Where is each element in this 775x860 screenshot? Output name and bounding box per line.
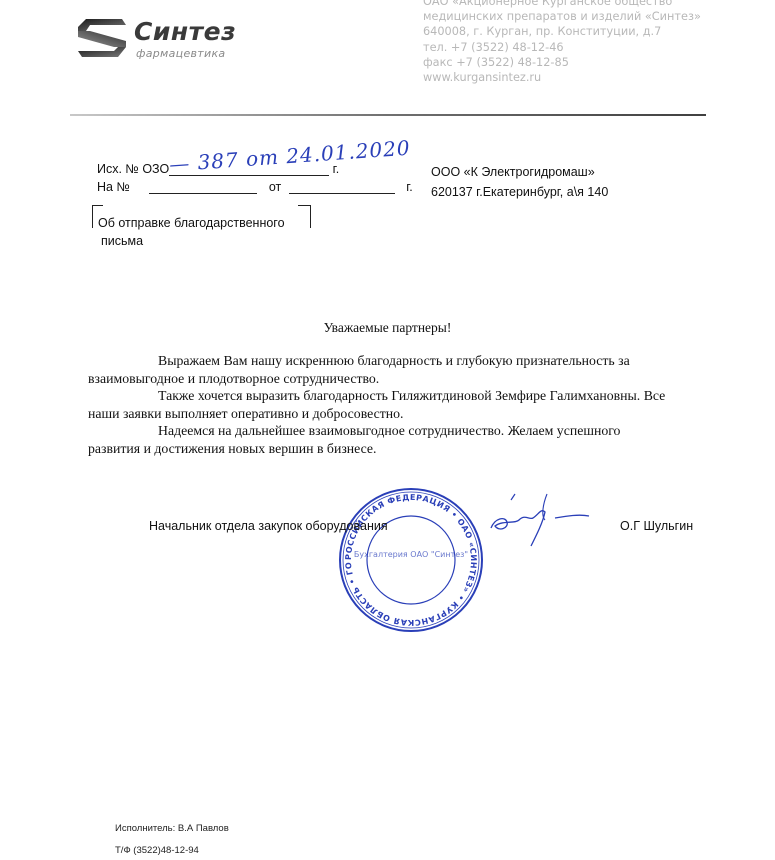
synthesis-s-logo-icon [76,17,128,61]
official-stamp-icon: РОССИЙСКАЯ ФЕДЕРАЦИЯ • ОАО «СИНТЕЗ» • КУ… [338,487,484,633]
signatory-name: О.Г Шульгин [620,519,693,533]
logo-subtitle: фармацевтика [136,47,225,60]
subject-line: Об отправке благодарственного [98,214,285,232]
letterhead-divider [70,114,706,116]
footer-block: Исполнитель: В.А Павлов Т/Ф (3522)48-12-… [115,818,229,860]
recipient-address: 620137 г.Екатеринбург, а\я 140 [431,182,608,202]
company-logo: Синтез фармацевтика [76,17,256,67]
recipient-organization: ООО «К Электрогидромаш» [431,162,608,182]
incoming-number-line: На № от г. [97,180,413,194]
letter-body: Выражаем Вам нашу искреннюю благодарност… [88,352,718,458]
subject-block: Об отправке благодарственного письма [92,205,320,255]
paragraph-first-line: Также хочется выразить благодарность Гил… [88,387,718,405]
company-website: www.kurgansintez.ru [423,70,743,85]
incoming-date-blank [289,180,395,194]
subject-bracket-right [298,205,311,228]
paragraph-continuation: развития и достижения новых вершин в биз… [88,440,718,458]
outgoing-number-label: Исх. № ОЗО [97,162,169,176]
subject-line: письма [98,232,285,250]
incoming-number-label: На № [97,180,130,194]
company-info-line: медицинских препаратов и изделий «Синтез… [423,9,743,24]
handwritten-signature-icon [485,490,605,550]
company-info: ОАО «Акционерное Курганское общество мед… [423,0,743,85]
company-address: 640008, г. Курган, пр. Конституции, д.7 [423,24,743,39]
paragraph-continuation: наши заявки выполняет оперативно и добро… [88,405,718,423]
incoming-year-suffix: г. [406,180,413,194]
incoming-date-label: от [269,180,281,194]
recipient-block: ООО «К Электрогидромаш» 620137 г.Екатери… [431,162,608,202]
executor-phone: Т/Ф (3522)48-12-94 [115,840,229,860]
incoming-number-blank [149,180,257,194]
logo-name: Синтез [134,17,236,46]
company-fax: факс +7 (3522) 48-12-85 [423,55,743,70]
paragraph-first-line: Выражаем Вам нашу искреннюю благодарност… [88,352,718,370]
company-phone: тел. +7 (3522) 48-12-46 [423,40,743,55]
executor: Исполнитель: В.А Павлов [115,818,229,840]
signatory-position: Начальник отдела закупок оборудования [149,519,388,533]
stamp-inner-text: Бухгалтерия ОАО "Синтез" [354,550,468,559]
company-info-line: ОАО «Акционерное Курганское общество [423,0,743,9]
paragraph-first-line: Надеемся на дальнейшее взаимовыгодное со… [88,422,718,440]
paragraph-continuation: взаимовыгодное и плодотворное сотрудниче… [88,370,718,388]
greeting: Уважаемые партнеры! [0,320,775,336]
subject-text: Об отправке благодарственного письма [98,214,285,250]
